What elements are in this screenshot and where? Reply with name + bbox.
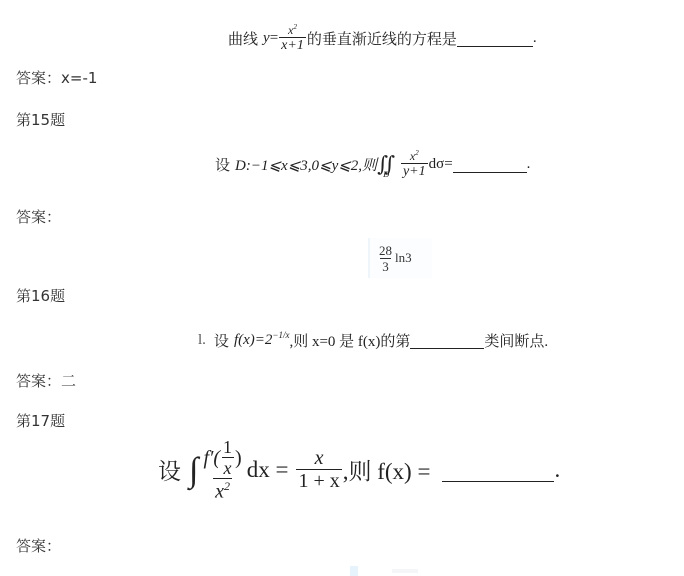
q16-fx: f(x)=2 xyxy=(234,332,272,349)
q17-rhs-fraction: x 1 + x xyxy=(296,448,341,491)
q15-dsigma: dσ= xyxy=(429,156,453,173)
question-17-formula: 设 ∫ f′( 1 x ) x2 dx = x 1 + x ,则 f(x) = … xyxy=(158,438,560,502)
a15-tail: ln3 xyxy=(395,250,412,266)
q17-rhs-den: 1 + x xyxy=(296,469,341,491)
question-14-formula: 曲线 y = x2 x+1 的垂直渐近线的方程是 . xyxy=(228,24,537,53)
q17-middle: ,则 f(x) = xyxy=(343,453,431,486)
q17-den: x xyxy=(215,481,224,503)
q14-den: x+1 xyxy=(279,37,306,53)
q16-answer-blank xyxy=(410,332,484,349)
a15-fraction: 28 3 xyxy=(377,244,394,273)
answer-16: 答案：二 xyxy=(16,371,76,391)
q14-fraction: x2 x+1 xyxy=(279,24,306,53)
q17-rhs-num: x xyxy=(313,448,326,469)
q14-suffix: 的垂直渐近线的方程是 xyxy=(307,28,457,49)
q15-prefix: 设 xyxy=(215,154,230,175)
q17-dx: dx = xyxy=(247,457,289,483)
q15-num-sup: 2 xyxy=(415,149,419,157)
q17-answer-blank xyxy=(442,457,554,482)
q14-prefix: 曲线 xyxy=(228,28,258,49)
q15-region: D xyxy=(383,171,389,179)
question-16-heading: 第16题 xyxy=(16,286,65,306)
question-17-heading: 第17题 xyxy=(16,411,65,431)
q17-end: . xyxy=(554,457,560,483)
a15-den: 3 xyxy=(380,258,391,273)
q14-num-sup: 2 xyxy=(293,23,297,31)
question-15-formula: 设 D:−1⩽x⩽3,0⩽y⩽2,则 ∬D x2 y+1 dσ= . xyxy=(215,150,530,179)
answer-15-image: 28 3 ln3 xyxy=(368,238,432,278)
q17-fraction: f′( 1 x ) x2 xyxy=(201,438,243,502)
q15-domain: D:−1⩽x⩽3,0⩽y⩽2,则 xyxy=(235,154,377,175)
q17-prefix: 设 xyxy=(158,453,181,486)
q15-end: . xyxy=(527,156,531,173)
q16-suffix: 类间断点. xyxy=(484,330,548,351)
q17-den-sup: 2 xyxy=(224,479,230,493)
q14-eq: = xyxy=(270,30,278,47)
answer-17-label: 答案： xyxy=(16,536,61,556)
q16-exponent: −1/x xyxy=(272,330,289,340)
q14-end: . xyxy=(533,30,537,47)
q15-answer-blank xyxy=(453,156,527,173)
q16-number: l. xyxy=(198,332,206,349)
double-integral-icon: ∬D xyxy=(377,154,395,175)
q15-fraction: x2 y+1 xyxy=(401,150,428,179)
question-16-formula: l. 设 f(x)=2 −1/x ,则 x=0 是 f(x)的第 类间断点. xyxy=(198,330,548,351)
q14-y-var: y xyxy=(263,30,270,47)
answer-15-label: 答案： xyxy=(16,207,61,227)
a15-num: 28 xyxy=(377,244,394,258)
q16-middle: ,则 x=0 是 f(x)的第 xyxy=(289,330,410,351)
q17-inner-fraction: 1 x xyxy=(221,438,234,477)
answer-17-image-fragment-2 xyxy=(392,569,418,573)
q17-inner-num: 1 xyxy=(221,438,234,457)
answer-14: 答案：x=-1 xyxy=(16,68,97,88)
q17-inner-den: x xyxy=(222,457,234,477)
q15-den: y+1 xyxy=(401,163,428,179)
question-15-heading: 第15题 xyxy=(16,110,65,130)
q14-answer-blank xyxy=(457,30,533,47)
integral-icon: ∫ xyxy=(189,453,198,488)
answer-17-image-fragment xyxy=(350,566,358,576)
q17-num-f: f′( xyxy=(203,448,220,468)
q16-prefix: 设 xyxy=(214,330,229,351)
q17-num-close: ) xyxy=(235,448,242,468)
